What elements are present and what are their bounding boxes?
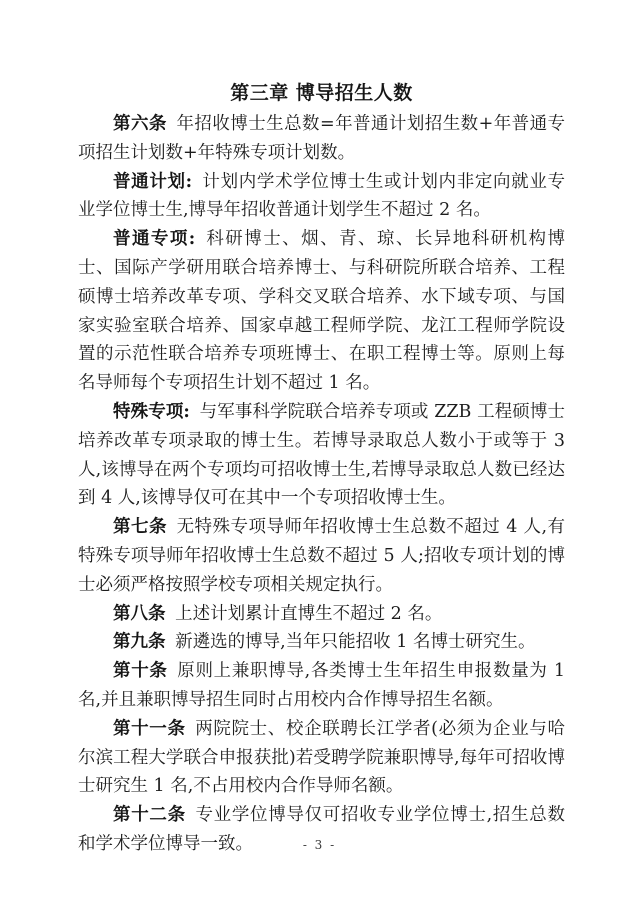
paragraph-article-7: 第七条无特殊专项导师年招收博士生总数不超过 4 人,有特殊专项导师年招收博士生总… [78,513,565,599]
paragraph-article-6: 第六条年招收博士生总数=年普通计划招生数+年普通专项招生计划数+年特殊专项计划数… [78,110,565,168]
paragraph-lead: 特殊专项: [113,402,190,422]
paragraph-article-8: 第八条上述计划累计直博生不超过 2 名。 [78,600,565,629]
paragraph-text: 科研博士、烟、青、琼、长异地科研机构博士、国际产学研用联合培养博士、与科研院所联… [78,229,565,393]
paragraph-general-special: 普通专项:科研博士、烟、青、琼、长异地科研机构博士、国际产学研用联合培养博士、与… [78,225,565,398]
paragraph-lead: 第十二条 [113,805,186,825]
paragraph-article-9: 第九条新遴选的博导,当年只能招收 1 名博士研究生。 [78,628,565,657]
paragraph-lead: 第十一条 [113,719,186,739]
paragraph-lead: 第八条 [113,604,166,624]
paragraph-text: 上述计划累计直博生不超过 2 名。 [175,604,442,624]
paragraph-article-10: 第十条原则上兼职博导,各类博士生年招生申报数量为 1 名,并且兼职博导招生同时占… [78,657,565,715]
paragraph-lead: 第六条 [113,114,167,134]
document-content: 第三章 博导招生人数 第六条年招收博士生总数=年普通计划招生数+年普通专项招生计… [78,80,565,859]
document-page: 第三章 博导招生人数 第六条年招收博士生总数=年普通计划招生数+年普通专项招生计… [0,0,639,904]
paragraph-text: 新遴选的博导,当年只能招收 1 名博士研究生。 [175,632,535,652]
paragraph-lead: 第九条 [113,632,166,652]
paragraph-lead: 第十条 [113,661,168,681]
paragraph-lead: 普通专项: [113,229,195,249]
chapter-title: 第三章 博导招生人数 [78,80,565,106]
page-number: - 3 - [0,838,639,852]
paragraph-article-11: 第十一条两院院士、校企联聘长江学者(必须为企业与哈尔滨工程大学联合申报获批)若受… [78,715,565,801]
paragraph-general-plan: 普通计划:计划内学术学位博士生或计划内非定向就业专业学位博士生,博导年招收普通计… [78,168,565,226]
paragraph-lead: 普通计划: [113,172,192,192]
paragraph-lead: 第七条 [113,517,167,537]
paragraph-special-program: 特殊专项:与军事科学院联合培养专项或 ZZB 工程硕博士培养改革专项录取的博士生… [78,398,565,513]
